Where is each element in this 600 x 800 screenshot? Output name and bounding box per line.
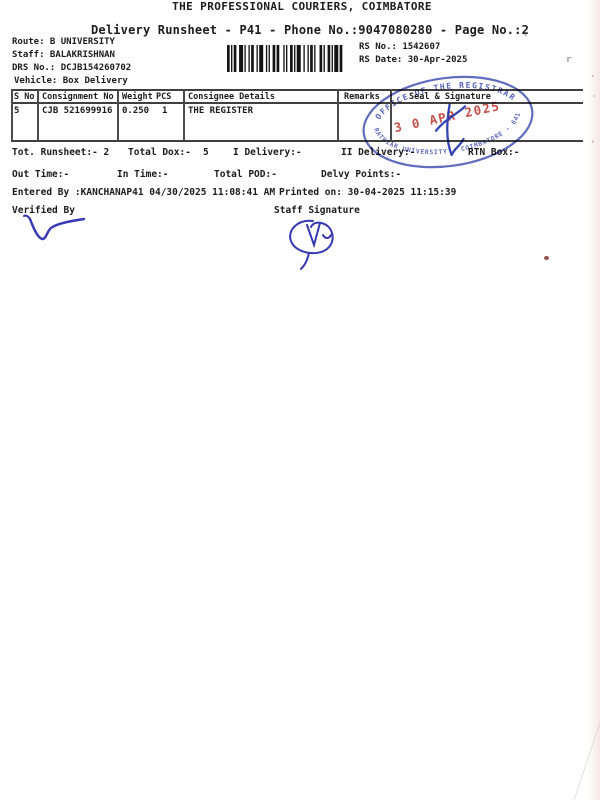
ink-speck bbox=[544, 256, 549, 260]
page-subtitle: Delivery Runsheet - P41 - Phone No.:9047… bbox=[20, 23, 600, 37]
i-delivery: I Delivery:- bbox=[233, 147, 302, 158]
table-divider-consignment bbox=[117, 89, 119, 141]
col-header-consignment: Consignment No bbox=[42, 92, 114, 102]
cell-pcs: 1 bbox=[162, 106, 167, 116]
col-header-consignee: Consignee Details bbox=[188, 92, 275, 102]
table-divider-sno bbox=[37, 89, 39, 141]
col-header-weight: Weight bbox=[122, 92, 153, 102]
table-divider-weight bbox=[183, 89, 185, 141]
total-runsheet: Tot. Runsheet:- 2 bbox=[12, 147, 109, 158]
rs-date-line: RS Date: 30-Apr-2025 bbox=[359, 55, 467, 65]
barcode-image bbox=[227, 45, 345, 72]
scan-edge-tint bbox=[588, 0, 600, 800]
route-line: Route: B UNIVERSITY bbox=[12, 37, 115, 47]
table-border-left bbox=[11, 89, 13, 141]
scanned-delivery-runsheet: THE PROFESSIONAL COURIERS, COIMBATORE De… bbox=[0, 0, 600, 800]
rs-no-line: RS No.: 1542607 bbox=[359, 42, 440, 52]
cell-weight: 0.250 bbox=[122, 106, 149, 116]
cell-consignee: THE REGISTER bbox=[188, 106, 253, 116]
verified-by-signature bbox=[20, 213, 90, 249]
total-dox-label: Total Dox:- bbox=[128, 147, 191, 158]
printed-on-line: Printed on: 30-04-2025 11:15:39 bbox=[279, 187, 456, 198]
drs-no-line: DRS No.: DCJB154260702 bbox=[12, 63, 131, 73]
staff-line: Staff: BALAKRISHNAN bbox=[12, 50, 115, 60]
total-dox-value: 5 bbox=[203, 147, 209, 158]
table-divider-consignee bbox=[337, 89, 339, 141]
cell-consignment-no: CJB 521699916 bbox=[42, 106, 112, 116]
out-time: Out Time:- bbox=[12, 169, 69, 180]
page-title: THE PROFESSIONAL COURIERS, COIMBATORE bbox=[0, 0, 600, 13]
staff-signature-scribble bbox=[283, 215, 343, 270]
in-time: In Time:- bbox=[117, 169, 168, 180]
total-pod: Total POD:- bbox=[214, 169, 277, 180]
scan-mark: ' bbox=[523, 33, 528, 43]
scan-mark: r bbox=[566, 55, 571, 65]
cell-sno: 5 bbox=[14, 106, 19, 116]
entered-by-line: Entered By :KANCHANAP41 04/30/2025 11:08… bbox=[12, 187, 275, 198]
col-header-pcs: PCS bbox=[156, 92, 171, 102]
office-registrar-stamp: OFFICE OF THE REGISTRAR BHARATHIAR UNIVE… bbox=[355, 69, 550, 174]
col-header-sno: S No bbox=[14, 92, 34, 102]
vehicle-line: Vehicle: Box Delivery bbox=[14, 76, 128, 86]
